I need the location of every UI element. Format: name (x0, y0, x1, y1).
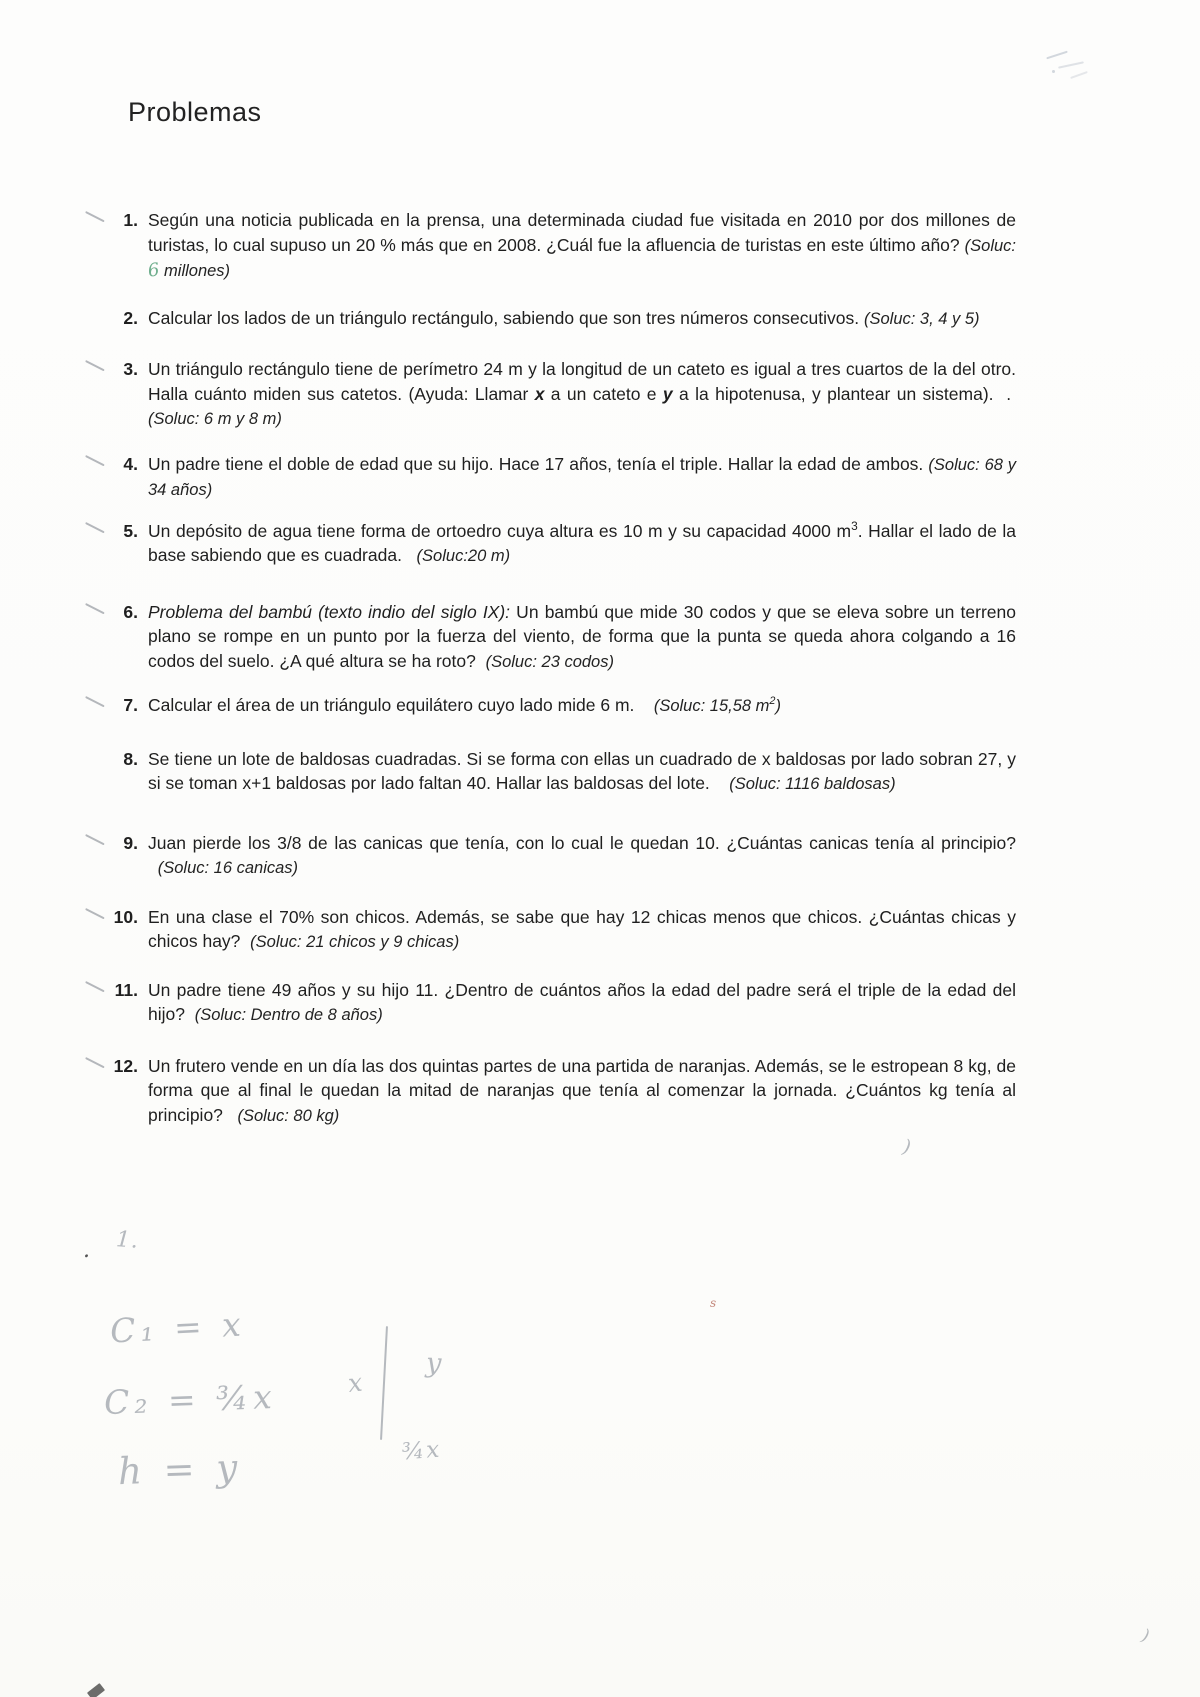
problem-item: 4.Un padre tiene el doble de edad que su… (102, 452, 1016, 503)
problem-item: 2.Calcular los lados de un triángulo rec… (102, 306, 1016, 332)
text-segment: Problema del bambú (texto indio del sigl… (148, 602, 510, 622)
small-red-mark: s (710, 1296, 716, 1310)
problem-item: 9.Juan pierde los 3/8 de las canicas que… (102, 831, 1016, 881)
problem-number: 8. (102, 747, 138, 797)
solution-text: (Soluc: 1116 baldosas) (729, 775, 895, 793)
text-segment: a un cateto e (544, 384, 662, 404)
pencil-tick-icon (86, 360, 108, 374)
pencil-tick-icon (86, 908, 108, 922)
problem-text: Un depósito de agua tiene forma de ortoe… (148, 519, 1016, 569)
problem-item: 3.Un triángulo rectángulo tiene de perím… (102, 357, 1016, 432)
problem-text: En una clase el 70% son chicos. Además, … (148, 905, 1016, 955)
problem-text: Juan pierde los 3/8 de las canicas que t… (148, 831, 1016, 881)
pencil-tick-icon (86, 522, 108, 536)
problem-item: 1.Según una noticia publicada en la pren… (102, 208, 1016, 284)
text-segment: 3 (851, 519, 858, 533)
text-segment: x (535, 384, 545, 404)
handwritten-dot: . (83, 1238, 90, 1263)
pencil-tick-icon (86, 603, 108, 617)
solution-text: (Soluc: 23 codos) (486, 653, 614, 671)
problem-text: Calcular los lados de un triángulo rectá… (148, 306, 1016, 332)
solution-text: millones) (159, 262, 230, 280)
pencil-tick-icon (86, 455, 108, 469)
text-segment: Según una noticia publicada en la prensa… (148, 210, 1021, 255)
handwritten-equation-c2: C₂ = ¾x (103, 1377, 277, 1422)
problem-item: 12.Un frutero vende en un día las dos qu… (102, 1054, 1016, 1129)
solution-text: (Soluc: (965, 237, 1021, 255)
problem-item: 5.Un depósito de agua tiene forma de ort… (102, 519, 1016, 569)
pencil-paren-mark: ) (901, 1135, 913, 1158)
document-page: Problemas 1.Según una noticia publicada … (0, 0, 1200, 1697)
handwritten-column-y: y (425, 1347, 447, 1379)
handwritten-fraction: ¾x (401, 1437, 442, 1466)
pencil-tick-icon (86, 834, 108, 848)
solution-text: ) (775, 697, 781, 715)
page-title: Problemas (128, 97, 262, 128)
solution-text: (Soluc: 3, 4 y 5) (864, 310, 980, 328)
problem-text: Un padre tiene 49 años y su hijo 11. ¿De… (148, 978, 1016, 1028)
text-segment: Calcular el área de un triángulo equilát… (148, 695, 654, 715)
pencil-smudge (1040, 48, 1100, 96)
scan-artifact (87, 1683, 105, 1697)
problems-list: 1.Según una noticia publicada en la pren… (102, 208, 1016, 1128)
problem-text: Problema del bambú (texto indio del sigl… (148, 600, 1016, 675)
problem-text: Se tiene un lote de baldosas cuadradas. … (148, 747, 1016, 797)
text-segment: y (663, 384, 673, 404)
text-segment: Calcular los lados de un triángulo rectá… (148, 308, 864, 328)
solution-text: (Soluc:20 m) (417, 547, 511, 565)
pencil-corner-mark: ) (1139, 1625, 1151, 1646)
problem-item: 7.Calcular el área de un triángulo equil… (102, 693, 1016, 719)
handwritten-equation-c1: C₁ = x (109, 1304, 247, 1350)
solution-text: (Soluc: 15,58 m (654, 697, 770, 715)
problem-text: Según una noticia publicada en la prensa… (148, 208, 1016, 284)
handwritten-note-number: 1. (115, 1227, 140, 1254)
solution-text: (Soluc: 21 chicos y 9 chicas) (250, 933, 459, 951)
problem-text: Calcular el área de un triángulo equilát… (148, 693, 1016, 719)
pencil-tick-icon (86, 981, 108, 995)
text-segment: Un depósito de agua tiene forma de ortoe… (148, 521, 851, 541)
solution-text: (Soluc: 80 kg) (238, 1107, 340, 1125)
pencil-tick-icon (86, 1057, 108, 1071)
pencil-tick-icon (86, 696, 108, 710)
text-segment: a la hipotenusa, y plantear un sistema).… (673, 384, 1021, 404)
solution-text: (Soluc: 16 canicas) (158, 859, 298, 877)
problem-text: Un triángulo rectángulo tiene de perímet… (148, 357, 1016, 432)
solution-text: (Soluc: Dentro de 8 años) (195, 1006, 383, 1024)
solution-text: (Soluc: 6 m y 8 m) (148, 410, 282, 428)
problem-item: 11.Un padre tiene 49 años y su hijo 11. … (102, 978, 1016, 1028)
handwritten-column-x: x (347, 1367, 369, 1398)
problem-text: Un padre tiene el doble de edad que su h… (148, 452, 1016, 503)
handwritten-equation-h: h = y (117, 1446, 243, 1493)
text-segment: Un padre tiene el doble de edad que su h… (148, 454, 928, 474)
problem-item: 6.Problema del bambú (texto indio del si… (102, 600, 1016, 675)
problem-number: 2. (102, 306, 138, 332)
handwritten-divider-line (380, 1326, 388, 1440)
pencil-tick-icon (86, 211, 108, 225)
problem-text: Un frutero vende en un día las dos quint… (148, 1054, 1016, 1129)
problem-item: 8.Se tiene un lote de baldosas cuadradas… (102, 747, 1016, 797)
problem-item: 10.En una clase el 70% son chicos. Ademá… (102, 905, 1016, 955)
